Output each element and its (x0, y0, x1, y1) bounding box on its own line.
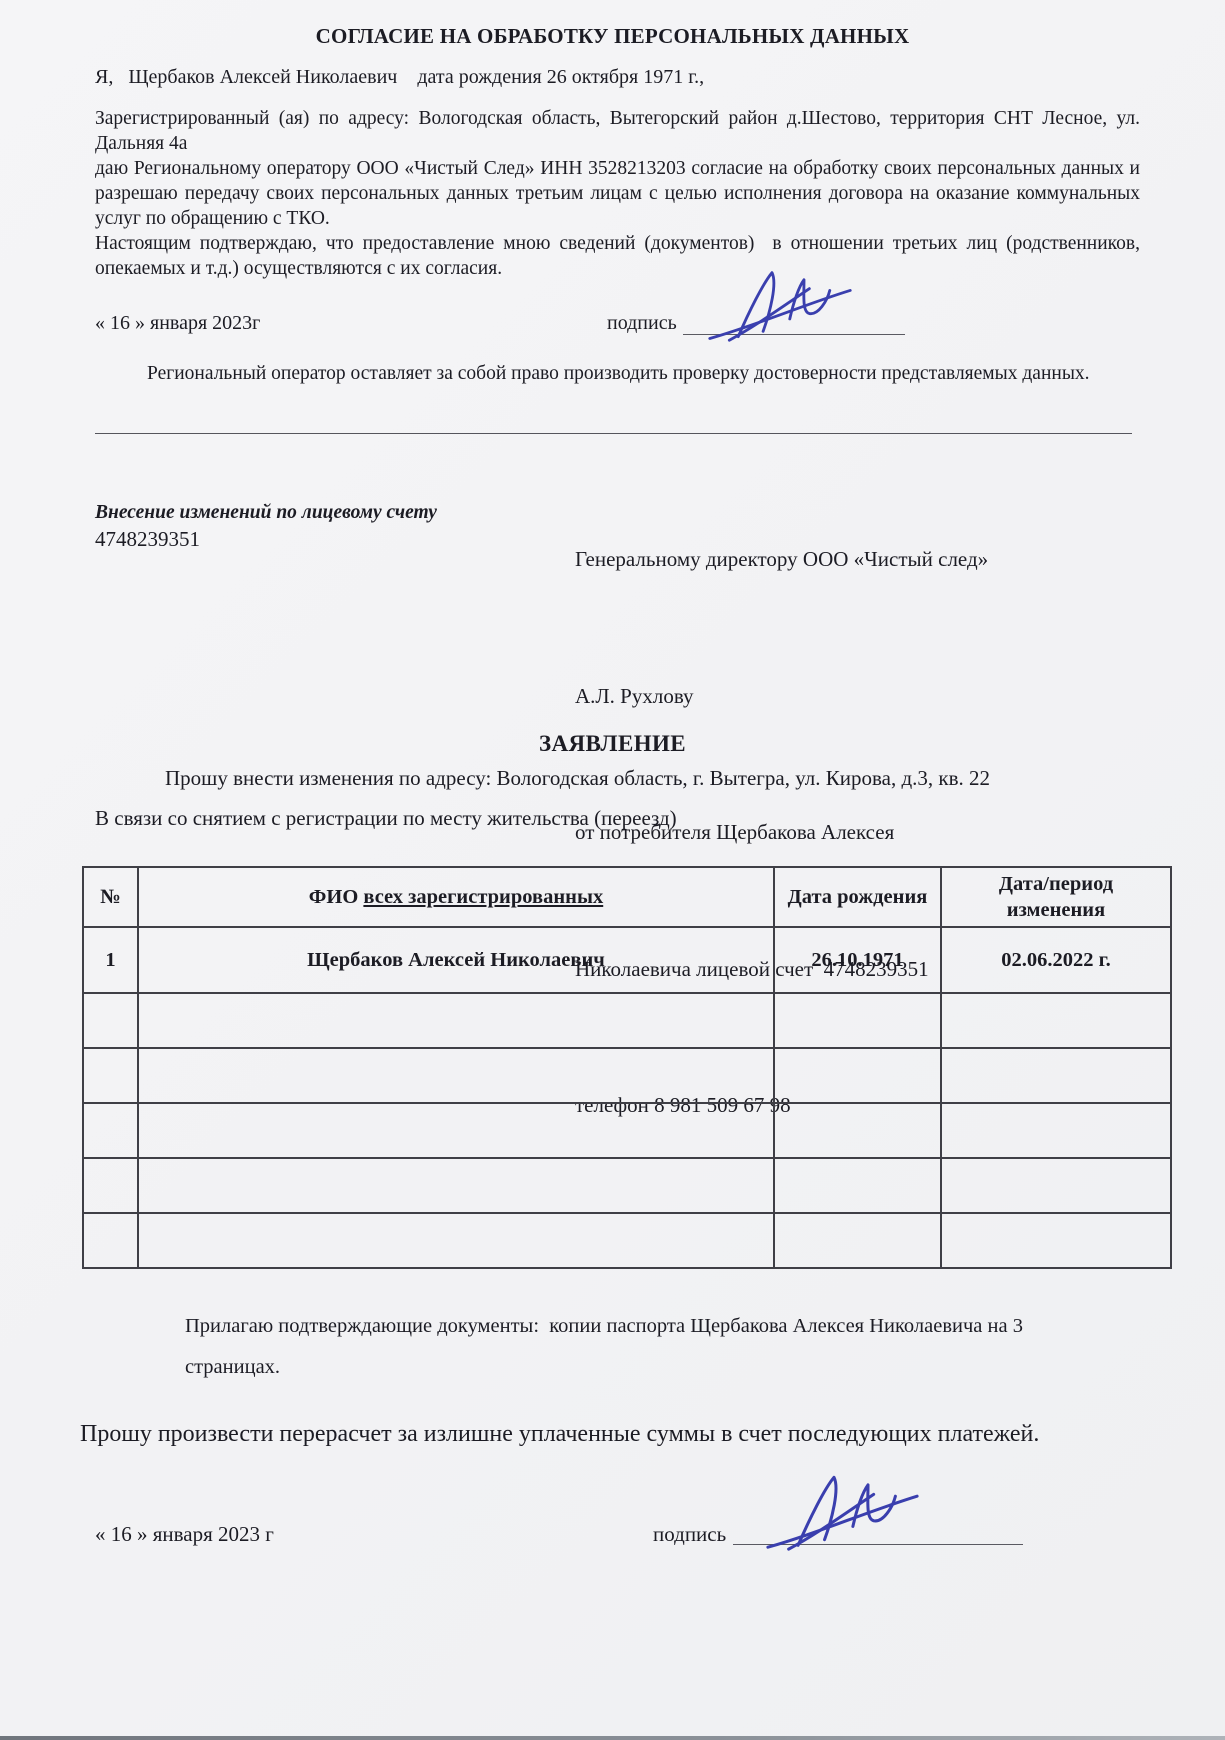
cell-number: 1 (83, 927, 138, 993)
cell-change-date: 02.06.2022 г. (941, 927, 1171, 993)
recalculation-request: Прошу произвести перерасчет за излишне у… (80, 1412, 1045, 1457)
scan-bottom-edge (0, 1736, 1225, 1740)
closing-signature-row: « 16 » января 2023 г подпись (95, 1478, 1135, 1558)
scanned-document-page: СОГЛАСИЕ НА ОБРАБОТКУ ПЕРСОНАЛЬНЫХ ДАННЫ… (0, 0, 1225, 1740)
col-header-number: № (83, 867, 138, 927)
table-header-row: № ФИО всех зарегистрированных Дата рожде… (83, 867, 1171, 927)
consent-signature-row: « 16 » января 2023г подпись (95, 268, 1135, 348)
handwritten-signature-icon (695, 262, 865, 342)
consent-date: « 16 » января 2023г (95, 312, 260, 335)
col-header-birthdate: Дата рождения (774, 867, 941, 927)
account-change-note-number: 4748239351 (95, 527, 525, 552)
declarant-line: Я, Щербаков Алексей Николаевич дата рожд… (95, 66, 1140, 89)
table-empty-row (83, 1103, 1171, 1158)
table-empty-row (83, 1048, 1171, 1103)
signature-label: подпись (607, 312, 677, 335)
attachments-paragraph: Прилагаю подтверждающие документы: копии… (185, 1306, 1100, 1388)
account-change-note-title: Внесение изменений по лицевому счету (95, 502, 525, 524)
table-empty-row (83, 1213, 1171, 1268)
statement-request-line: Прошу внести изменения по адресу: Волого… (95, 766, 1145, 791)
consent-paragraph: даю Региональному оператору ООО «Чистый … (95, 156, 1140, 231)
director-name-line: А.Л. Рухлову (575, 674, 1135, 720)
col-header-change-period: Дата/период изменения (941, 867, 1171, 927)
handwritten-signature-icon (755, 1466, 930, 1551)
statement-reason-line: В связи со снятием с регистрации по мест… (95, 806, 1145, 831)
operator-note: Региональный оператор оставляет за собой… (95, 360, 1140, 387)
to-director-line: Генеральному директору ООО «Чистый след» (575, 537, 1135, 583)
table-empty-row (83, 993, 1171, 1048)
statement-title: ЗАЯВЛЕНИЕ (0, 731, 1225, 757)
table-empty-row (83, 1158, 1171, 1213)
col-header-fio: ФИО всех зарегистрированных (138, 867, 774, 927)
fio-underlined-text: всех зарегистрированных (363, 886, 603, 908)
section-divider (95, 433, 1132, 434)
consent-body: Зарегистрированный (ая) по адресу: Волог… (95, 106, 1140, 281)
document-title: СОГЛАСИЕ НА ОБРАБОТКУ ПЕРСОНАЛЬНЫХ ДАННЫ… (0, 24, 1225, 49)
registrants-table: № ФИО всех зарегистрированных Дата рожде… (82, 866, 1172, 1269)
signature-label: подпись (653, 1522, 726, 1547)
table-row: 1 Щербаков Алексей Николаевич 26.10.1971… (83, 927, 1171, 993)
account-change-note: Внесение изменений по лицевому счету 474… (95, 502, 525, 552)
cell-name: Щербаков Алексей Николаевич (138, 927, 774, 993)
cell-birthdate: 26.10.1971 (774, 927, 941, 993)
closing-date: « 16 » января 2023 г (95, 1522, 274, 1547)
registered-address-paragraph: Зарегистрированный (ая) по адресу: Волог… (95, 106, 1140, 156)
